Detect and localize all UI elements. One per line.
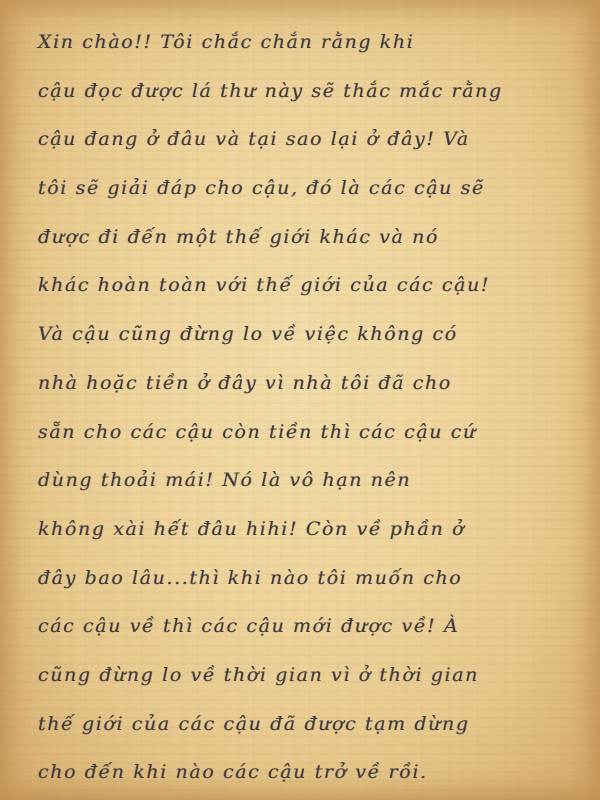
letter-line: khác hoàn toàn với thế giới của các cậu! bbox=[38, 261, 568, 310]
letter-line: nhà hoặc tiền ở đây vì nhà tôi đã cho bbox=[38, 359, 568, 408]
letter-line: cũng đừng lo về thời gian vì ở thời gian bbox=[38, 651, 568, 700]
letter-line: sẵn cho các cậu còn tiền thì các cậu cứ bbox=[38, 408, 568, 457]
letter-line: được đi đến một thế giới khác và nó bbox=[38, 213, 568, 262]
letter-line: đây bao lâu...thì khi nào tôi muốn cho bbox=[38, 554, 568, 603]
letter-line: dùng thoải mái! Nó là vô hạn nên bbox=[38, 456, 568, 505]
letter-line: tôi sẽ giải đáp cho cậu, đó là các cậu s… bbox=[38, 164, 568, 213]
parchment-letter: Xin chào!! Tôi chắc chắn rằng khi cậu đọ… bbox=[0, 0, 600, 800]
letter-line: cậu đọc được lá thư này sẽ thắc mắc rằng bbox=[38, 67, 568, 116]
letter-line: cho đến khi nào các cậu trở về rồi. bbox=[38, 748, 568, 797]
letter-line: cậu đang ở đâu và tại sao lại ở đây! Và bbox=[38, 115, 568, 164]
letter-line: thế giới của các cậu đã được tạm dừng bbox=[38, 700, 568, 749]
letter-line: không xài hết đâu hihi! Còn về phần ở bbox=[38, 505, 568, 554]
letter-line: các cậu về thì các cậu mới được về! À bbox=[38, 602, 568, 651]
letter-line: Và cậu cũng đừng lo về việc không có bbox=[38, 310, 568, 359]
letter-body: Xin chào!! Tôi chắc chắn rằng khi cậu đọ… bbox=[38, 18, 568, 797]
letter-line: Xin chào!! Tôi chắc chắn rằng khi bbox=[38, 18, 568, 67]
